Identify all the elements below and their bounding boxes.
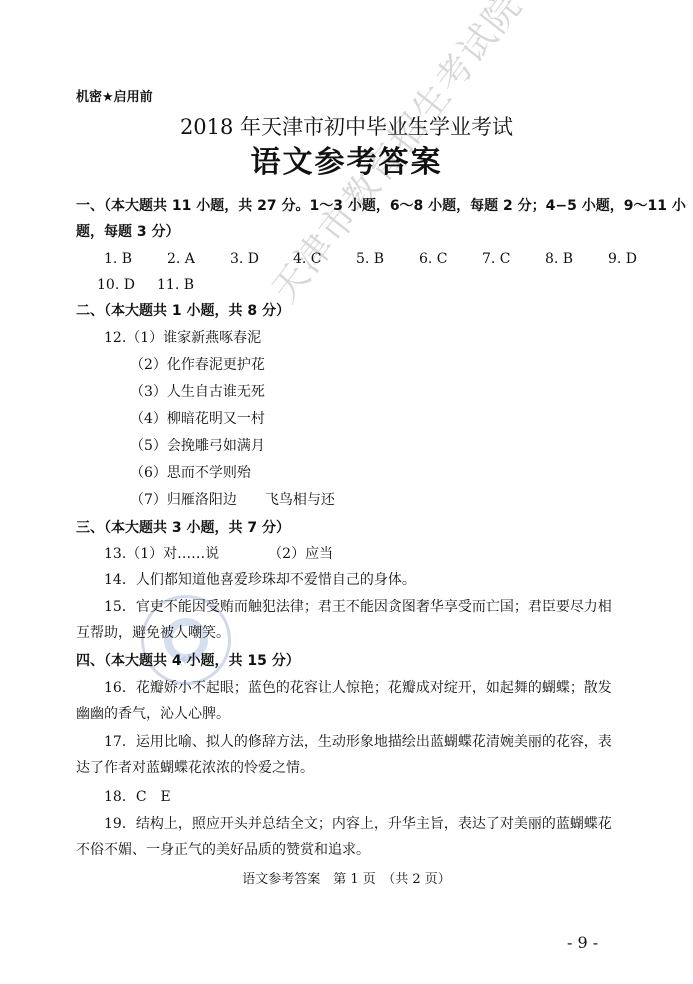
answer-1: 1. B [104, 250, 167, 268]
answer-12-4: （4）柳暗花明又一村 [130, 410, 265, 428]
answer-12-6: （6）思而不学则殆 [130, 464, 251, 482]
answer-9: 9. D [608, 250, 671, 268]
answer-8: 8. B [545, 250, 608, 268]
answer-16: 16．花瓣娇小不起眼；蓝色的花容让人惊艳；花瓣成对绽开，如起舞的蝴蝶；散发 [104, 679, 612, 697]
answers-row-2: 10. D 11. B [97, 276, 220, 294]
answer-5: 5. B [356, 250, 419, 268]
answer-12-2: （2）化作春泥更护花 [130, 356, 265, 374]
answer-18: 18．C E [104, 788, 171, 806]
answer-2: 2. A [167, 250, 230, 268]
answer-15: 15．官吏不能因受贿而触犯法律；君王不能因贪图奢华享受而亡国；君臣要尽力相 [104, 598, 612, 616]
answer-13: 13.（1）对……说 （2）应当 [104, 545, 333, 563]
section-2-heading: 二、（本大题共 1 小题，共 8 分） [76, 302, 290, 320]
answer-12-5: （5）会挽雕弓如满月 [130, 437, 265, 455]
section-4-heading: 四、（本大题共 4 小题，共 15 分） [76, 652, 300, 670]
answer-4: 4. C [293, 250, 356, 268]
confidential-label: 机密★启用前 [76, 89, 153, 107]
page-number: - 9 - [567, 934, 598, 952]
section-3-heading: 三、（本大题共 3 小题，共 7 分） [76, 519, 290, 537]
answer-12-3: （3）人生自古谁无死 [130, 383, 265, 401]
answer-11: 11. B [157, 276, 220, 294]
document-title: 语文参考答案 [0, 145, 693, 181]
answer-7: 7. C [482, 250, 545, 268]
exam-title: 2018 年天津市初中毕业生学业考试 [0, 114, 693, 140]
answers-row-1: 1. B 2. A 3. D 4. C 5. B 6. C 7. C 8. B … [104, 250, 671, 268]
answer-15-cont: 互帮助，避免被人嘲笑。 [76, 624, 230, 642]
answer-12-7: （7）归雁洛阳边 飞鸟相与还 [130, 491, 335, 509]
answer-17: 17．运用比喻、拟人的修辞方法，生动形象地描绘出蓝蝴蝶花清婉美丽的花容，表 [104, 733, 612, 751]
answer-10: 10. D [97, 276, 157, 294]
answer-19: 19．结构上，照应开头并总结全文；内容上，升华主旨，表达了对美丽的蓝蝴蝶花 [104, 815, 612, 833]
answer-16-cont: 幽幽的香气，沁人心脾。 [76, 705, 230, 723]
section-1-heading-cont: 题，每题 3 分） [76, 223, 180, 241]
answer-17-cont: 达了作者对蓝蝴蝶花浓浓的怜爱之情。 [76, 759, 314, 777]
section-1-heading: 一、（本大题共 11 小题，共 27 分。1～3 小题，6～8 小题，每题 2 … [76, 197, 686, 215]
page-footer: 语文参考答案 第 1 页 （共 2 页） [0, 871, 693, 889]
answer-14: 14．人们都知道他喜爱珍珠却不爱惜自己的身体。 [104, 571, 416, 589]
answer-3: 3. D [230, 250, 293, 268]
answer-12-1: 12.（1）谁家新燕啄春泥 [104, 329, 261, 347]
answer-6: 6. C [419, 250, 482, 268]
answer-19-cont: 不俗不媚、一身正气的美好品质的赞赏和追求。 [76, 841, 370, 859]
